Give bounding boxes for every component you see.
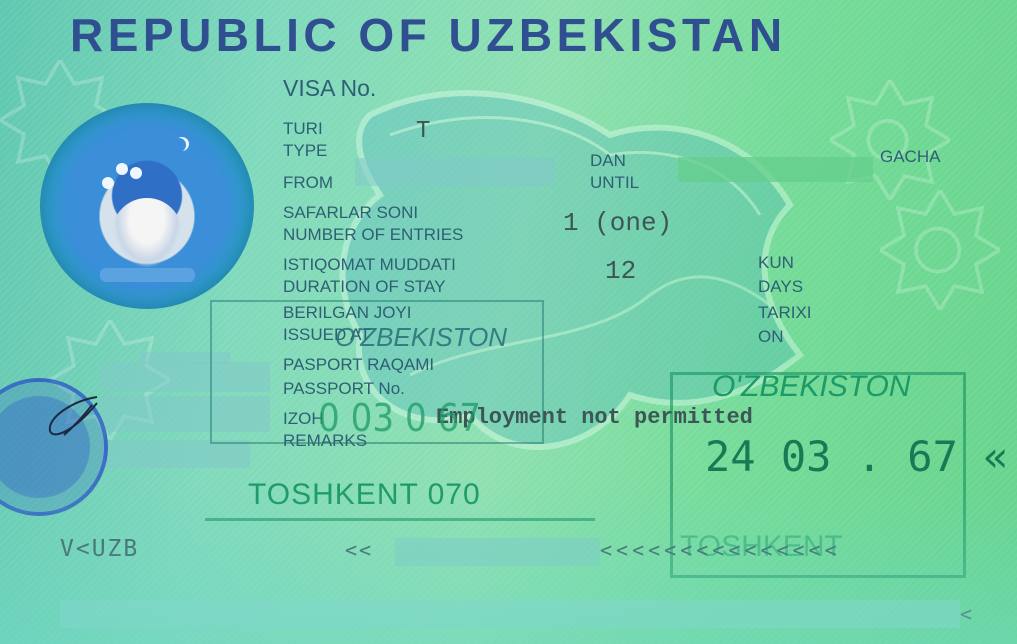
mrz-line2-end: < bbox=[960, 602, 974, 626]
duration-label-uz: ISTIQOMAT MUDDATI bbox=[283, 254, 456, 275]
visa-page: REPUBLIC OF UZBEKISTAN VISA No. TURI TYP… bbox=[0, 0, 1017, 644]
duration-label-en: DURATION OF STAY bbox=[283, 276, 445, 297]
exit-stamp-city: TOSHKENT 070 bbox=[248, 478, 481, 512]
star-crescent-emblem-icon bbox=[830, 80, 950, 200]
tarixi-label: TARIXI bbox=[758, 302, 812, 323]
gacha-label: GACHA bbox=[880, 146, 940, 167]
visa-number-label: VISA No. bbox=[283, 78, 376, 99]
entry-stamp-country: O'ZBEKISTON bbox=[712, 370, 911, 404]
signature-icon bbox=[42, 393, 102, 441]
mrz-line1-separator: << bbox=[345, 538, 373, 562]
entries-value: 1 (one) bbox=[563, 208, 672, 238]
entries-label-en: NUMBER OF ENTRIES bbox=[283, 224, 463, 245]
on-label: ON bbox=[758, 326, 784, 347]
mrz-line1-prefix: V<UZB bbox=[60, 536, 139, 562]
humo-bird-icon bbox=[112, 198, 182, 268]
entries-label-uz: SAFARLAR SONI bbox=[283, 202, 418, 223]
entry-stamp-date: 24 03 . 67 « bbox=[705, 432, 1008, 481]
redacted-field bbox=[100, 440, 250, 468]
until-label: UNTIL bbox=[590, 172, 639, 193]
star-crescent-emblem-icon bbox=[880, 190, 1000, 310]
stamp-line bbox=[205, 518, 595, 521]
until-date-redacted bbox=[678, 157, 873, 182]
mrz-line1-filler: <<<<<<<<<<<<<<< bbox=[600, 538, 841, 562]
from-date-redacted bbox=[355, 158, 555, 186]
issue-stamp-date: 0 03 0 67 bbox=[318, 396, 481, 440]
type-label-uz: TURI bbox=[283, 118, 323, 139]
issue-stamp-country: O'ZBEKISTON bbox=[335, 322, 507, 353]
duration-value: 12 bbox=[605, 256, 636, 286]
stars-icon bbox=[102, 163, 142, 203]
mrz-name-redacted bbox=[395, 538, 600, 566]
ribbon-icon bbox=[100, 268, 195, 282]
type-label-en: TYPE bbox=[283, 140, 327, 161]
days-label: DAYS bbox=[758, 276, 803, 297]
crescent-icon bbox=[172, 138, 186, 152]
document-title: REPUBLIC OF UZBEKISTAN bbox=[70, 8, 960, 62]
dan-label: DAN bbox=[590, 150, 626, 171]
kun-label: KUN bbox=[758, 252, 794, 273]
type-value: T bbox=[416, 118, 430, 145]
national-emblem-hologram bbox=[40, 103, 254, 309]
from-label: FROM bbox=[283, 172, 333, 193]
mrz-line2-redacted bbox=[60, 600, 960, 628]
